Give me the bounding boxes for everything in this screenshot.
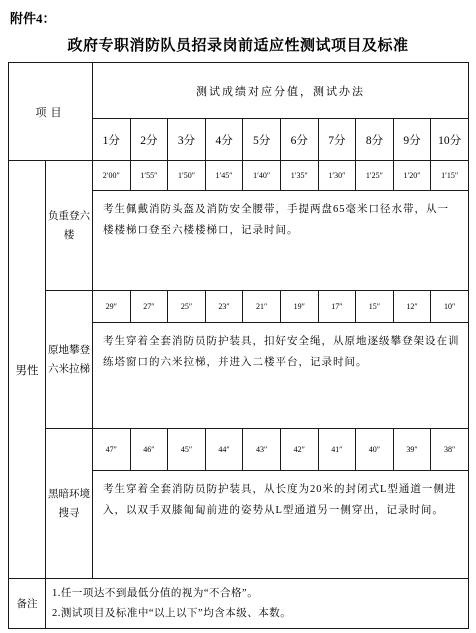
remarks-row: 备注 1.任一项达不到最低分值的视为“不合格”。 2.测试项目及标准中“以上以下… bbox=[9, 579, 469, 629]
test2-time-5: 21″ bbox=[243, 291, 281, 323]
remarks-text: 1.任一项达不到最低分值的视为“不合格”。 2.测试项目及标准中“以上以下”均含… bbox=[46, 579, 469, 629]
test3-time-4: 44″ bbox=[205, 429, 243, 471]
test1-time-6: 1′35″ bbox=[280, 161, 318, 191]
item-column-header: 项目 bbox=[9, 63, 93, 161]
test3-name: 黑暗环境搜寻 bbox=[46, 429, 93, 579]
test1-time-1: 2′00″ bbox=[93, 161, 131, 191]
test1-name: 负重登六楼 bbox=[46, 161, 93, 291]
test2-method: 考生穿着全套消防员防护装具，扣好安全绳，从原地逐级攀登架设在训练塔窗口的六米拉梯… bbox=[93, 323, 469, 429]
gender-group-cell: 男性 bbox=[9, 161, 46, 579]
test3-time-8: 40″ bbox=[356, 429, 394, 471]
standards-table: 项目 测试成绩对应分值，测试办法 1分 2分 3分 4分 5分 6分 7分 8分… bbox=[8, 62, 469, 629]
score-label-1: 1分 bbox=[93, 119, 131, 161]
test1-method: 考生佩戴消防头盔及消防安全腰带，手提两盘65毫米口径水带，从一楼楼梯口登至六楼楼… bbox=[93, 191, 469, 291]
test3-time-9: 39″ bbox=[393, 429, 431, 471]
test2-time-2: 27″ bbox=[130, 291, 168, 323]
remarks-label: 备注 bbox=[9, 579, 46, 629]
test2-time-9: 12″ bbox=[393, 291, 431, 323]
test2-time-3: 25″ bbox=[168, 291, 206, 323]
test3-time-10: 38″ bbox=[431, 429, 469, 471]
remarks-line-2: 2.测试项目及标准中“以上以下”均含本级、本数。 bbox=[52, 604, 462, 624]
score-label-3: 3分 bbox=[168, 119, 206, 161]
attachment-label: 附件4： bbox=[10, 8, 56, 27]
test1-time-7: 1′30″ bbox=[318, 161, 356, 191]
test1-time-9: 1′20″ bbox=[393, 161, 431, 191]
test2-time-1: 29″ bbox=[93, 291, 131, 323]
score-label-5: 5分 bbox=[243, 119, 281, 161]
score-label-6: 6分 bbox=[280, 119, 318, 161]
score-label-9: 9分 bbox=[393, 119, 431, 161]
test3-time-2: 46″ bbox=[130, 429, 168, 471]
gender-label: 男性 bbox=[9, 161, 45, 578]
test3-time-6: 42″ bbox=[280, 429, 318, 471]
score-label-4: 4分 bbox=[205, 119, 243, 161]
score-method-header: 测试成绩对应分值，测试办法 bbox=[93, 63, 469, 119]
test3-time-7: 41″ bbox=[318, 429, 356, 471]
header-row-top: 项目 测试成绩对应分值，测试办法 bbox=[9, 63, 469, 119]
test2-time-6: 19″ bbox=[280, 291, 318, 323]
test3-method: 考生穿着全套消防员防护装具，从长度为20米的封闭式L型通道一侧进入，以双手双膝匍… bbox=[93, 471, 469, 579]
remarks-line-1: 1.任一项达不到最低分值的视为“不合格”。 bbox=[52, 584, 462, 604]
test1-time-8: 1′25″ bbox=[356, 161, 394, 191]
test1-time-4: 1′45″ bbox=[205, 161, 243, 191]
score-label-8: 8分 bbox=[356, 119, 394, 161]
test3-time-5: 43″ bbox=[243, 429, 281, 471]
test2-name: 原地攀登六米拉梯 bbox=[46, 291, 93, 429]
test3-times-row: 黑暗环境搜寻 47″ 46″ 45″ 44″ 43″ 42″ 41″ 40″ 3… bbox=[9, 429, 469, 471]
test2-time-7: 17″ bbox=[318, 291, 356, 323]
document-page: 附件4： 政府专职消防队员招录岗前适应性测试项目及标准 项目 测试成绩对应分值，… bbox=[0, 0, 476, 633]
test1-time-5: 1′40″ bbox=[243, 161, 281, 191]
score-label-2: 2分 bbox=[130, 119, 168, 161]
page-title: 政府专职消防队员招录岗前适应性测试项目及标准 bbox=[0, 34, 476, 55]
test2-times-row: 原地攀登六米拉梯 29″ 27″ 25″ 23″ 21″ 19″ 17″ 15″… bbox=[9, 291, 469, 323]
test3-time-3: 45″ bbox=[168, 429, 206, 471]
test1-times-row: 男性 负重登六楼 2′00″ 1′55″ 1′50″ 1′45″ 1′40″ 1… bbox=[9, 161, 469, 191]
test3-time-1: 47″ bbox=[93, 429, 131, 471]
test1-time-10: 1′15″ bbox=[431, 161, 469, 191]
test2-time-4: 23″ bbox=[205, 291, 243, 323]
test2-time-8: 15″ bbox=[356, 291, 394, 323]
test1-time-3: 1′50″ bbox=[168, 161, 206, 191]
score-label-10: 10分 bbox=[431, 119, 469, 161]
test2-time-10: 10″ bbox=[431, 291, 469, 323]
score-label-7: 7分 bbox=[318, 119, 356, 161]
test1-time-2: 1′55″ bbox=[130, 161, 168, 191]
